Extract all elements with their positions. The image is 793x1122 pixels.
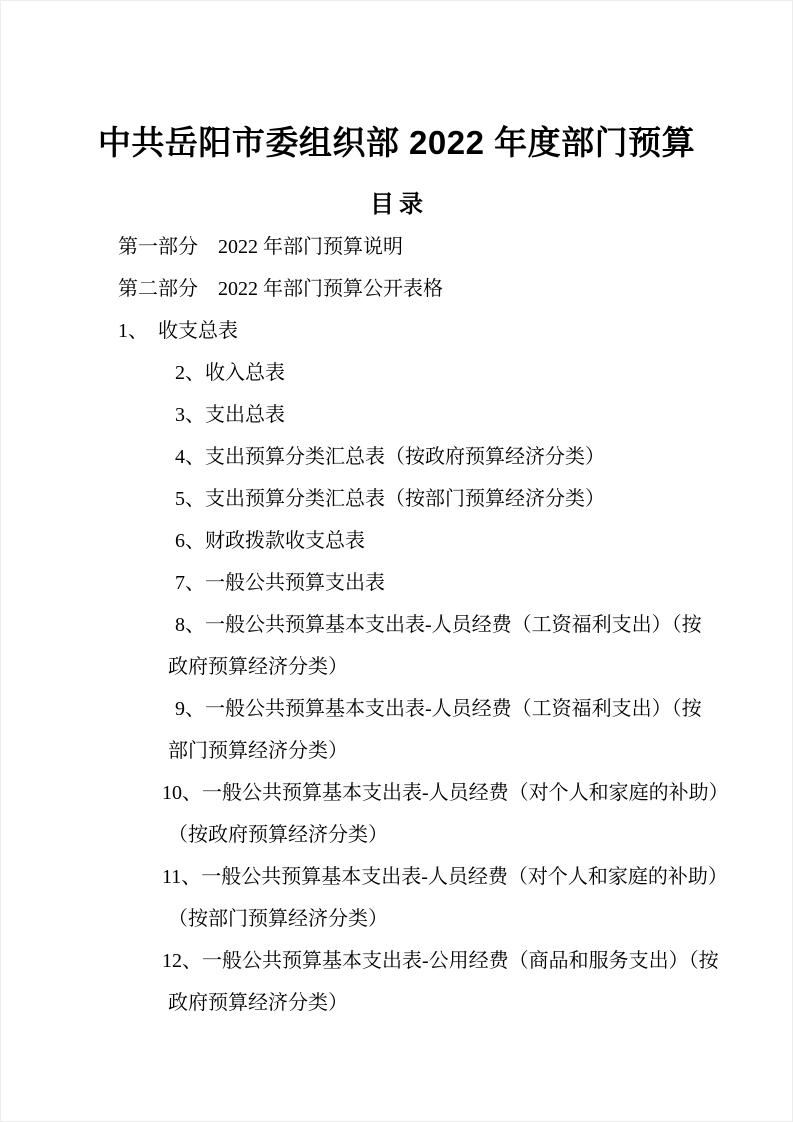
toc-item-12-line-1: 12、一般公共预算基本支出表-公用经费（商品和服务支出）（按 — [118, 940, 793, 982]
toc-item-6: 6、财政拨款收支总表 — [118, 520, 793, 562]
toc-item-2: 2、收入总表 — [118, 352, 793, 394]
toc-item-10-line-1: 10、一般公共预算基本支出表-人员经费（对个人和家庭的补助） — [118, 772, 793, 814]
toc-item-9-line-2: 部门预算经济分类） — [118, 730, 793, 772]
toc-item-5: 5、支出预算分类汇总表（按部门预算经济分类） — [118, 478, 793, 520]
toc-item-3: 3、支出总表 — [118, 394, 793, 436]
toc-item-11-line-2: （按部门预算经济分类） — [118, 898, 793, 940]
toc-section-1: 第一部分 2022 年部门预算说明 — [118, 226, 793, 268]
toc-content: 第一部分 2022 年部门预算说明 第二部分 2022 年部门预算公开表格 1、… — [118, 226, 793, 1024]
toc-heading: 目录 — [0, 190, 793, 220]
toc-item-11-line-1: 11、一般公共预算基本支出表-人员经费（对个人和家庭的补助） — [118, 856, 793, 898]
toc-item-8-line-2: 政府预算经济分类） — [118, 646, 793, 688]
toc-item-9-line-1: 9、一般公共预算基本支出表-人员经费（工资福利支出）（按 — [118, 688, 793, 730]
toc-section-2: 第二部分 2022 年部门预算公开表格 — [118, 268, 793, 310]
document-title: 中共岳阳市委组织部 2022 年度部门预算 — [0, 121, 793, 165]
toc-item-1: 1、 收支总表 — [118, 310, 793, 352]
toc-item-8-line-1: 8、一般公共预算基本支出表-人员经费（工资福利支出）（按 — [118, 604, 793, 646]
toc-item-10-line-2: （按政府预算经济分类） — [118, 814, 793, 856]
toc-item-12-line-2: 政府预算经济分类） — [118, 982, 793, 1024]
document-page: 中共岳阳市委组织部 2022 年度部门预算 目录 第一部分 2022 年部门预算… — [0, 0, 793, 1122]
toc-item-4: 4、支出预算分类汇总表（按政府预算经济分类） — [118, 436, 793, 478]
toc-item-7: 7、一般公共预算支出表 — [118, 562, 793, 604]
